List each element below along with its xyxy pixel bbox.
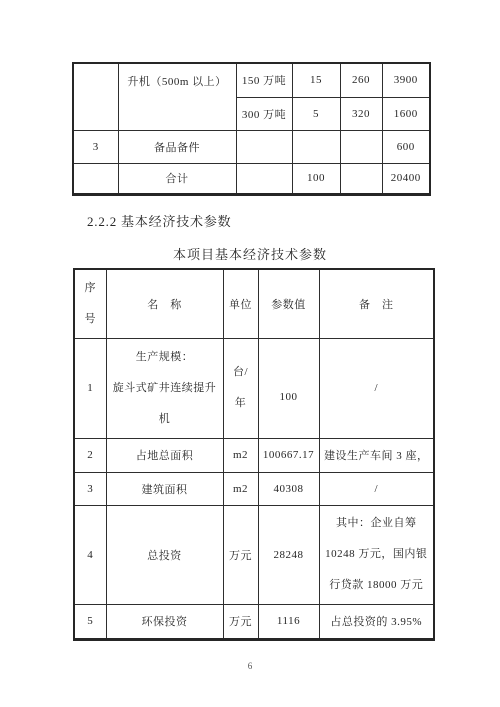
table-cell: 万元 bbox=[223, 604, 258, 639]
table-row: 1 生产规模： 旋斗式矿井连续提升 机 台/ 年 100 / bbox=[74, 338, 434, 438]
table-cell bbox=[236, 130, 292, 163]
table-cell: 万元 bbox=[223, 505, 258, 604]
table-cell: 总投资 bbox=[106, 505, 223, 604]
continuation-table: 升机（500m 以上） 150 万吨 15 260 3900 300 万吨 5 … bbox=[72, 62, 431, 196]
table-row: 4 总投资 万元 28248 其中：企业自筹 10248 万元，国内银 行贷款 … bbox=[74, 505, 434, 604]
table-row: 3 建筑面积 m2 40308 / bbox=[74, 472, 434, 505]
table-title: 本项目基本经济技术参数 bbox=[0, 244, 500, 263]
table-cell: m2 bbox=[223, 438, 258, 472]
column-header-name: 名 称 bbox=[106, 269, 223, 338]
document-page: 升机（500m 以上） 150 万吨 15 260 3900 300 万吨 5 … bbox=[0, 0, 500, 707]
table-cell: 1600 bbox=[382, 97, 430, 130]
header-line: 号 bbox=[77, 304, 104, 335]
page-number: 6 bbox=[0, 661, 500, 671]
table-cell: / bbox=[319, 472, 434, 505]
parameters-table: 序 号 名 称 单位 参数值 备 注 1 生产规模： 旋斗式矿井连续提升 机 台… bbox=[73, 268, 435, 641]
table-cell: m2 bbox=[223, 472, 258, 505]
table-cell bbox=[340, 163, 382, 194]
table-cell bbox=[236, 163, 292, 194]
table-cell: 4 bbox=[74, 505, 106, 604]
cell-line: 生产规模： bbox=[109, 342, 221, 373]
table-cell: 2 bbox=[74, 438, 106, 472]
table-row: 5 环保投资 万元 1116 占总投资的 3.95% bbox=[74, 604, 434, 639]
table-cell: 建设生产车间 3 座， bbox=[319, 438, 434, 472]
table-cell: / bbox=[319, 338, 434, 438]
table-cell: 3900 bbox=[382, 63, 430, 97]
table-cell: 生产规模： 旋斗式矿井连续提升 机 bbox=[106, 338, 223, 438]
table-cell: 3 bbox=[73, 130, 118, 163]
table-cell: 320 bbox=[340, 97, 382, 130]
header-line: 序 bbox=[77, 273, 104, 304]
column-header-unit: 单位 bbox=[223, 269, 258, 338]
table-row: 2 占地总面积 m2 100667.17 建设生产车间 3 座， bbox=[74, 438, 434, 472]
table-cell: 升机（500m 以上） bbox=[118, 63, 236, 130]
table-cell: 20400 bbox=[382, 163, 430, 194]
table-cell: 其中：企业自筹 10248 万元，国内银 行贷款 18000 万元 bbox=[319, 505, 434, 604]
table-cell: 100667.17 bbox=[258, 438, 319, 472]
table-cell: 600 bbox=[382, 130, 430, 163]
table-cell: 40308 bbox=[258, 472, 319, 505]
column-header-note: 备 注 bbox=[319, 269, 434, 338]
table-cell: 备品备件 bbox=[118, 130, 236, 163]
table-cell: 28248 bbox=[258, 505, 319, 604]
table-cell: 100 bbox=[292, 163, 340, 194]
table-cell bbox=[73, 63, 118, 130]
table-cell: 300 万吨 bbox=[236, 97, 292, 130]
column-header-no: 序 号 bbox=[74, 269, 106, 338]
table-cell: 1 bbox=[74, 338, 106, 438]
table-cell: 台/ 年 bbox=[223, 338, 258, 438]
section-heading: 2.2.2 基本经济技术参数 bbox=[87, 211, 231, 230]
table-cell: 占总投资的 3.95% bbox=[319, 604, 434, 639]
table-cell: 5 bbox=[74, 604, 106, 639]
table-cell: 合计 bbox=[118, 163, 236, 194]
cell-line: 行贷款 18000 万元 bbox=[322, 570, 432, 601]
table-cell: 建筑面积 bbox=[106, 472, 223, 505]
cell-line: 年 bbox=[226, 388, 256, 419]
cell-line: 机 bbox=[109, 404, 221, 435]
cell-line: 10248 万元，国内银 bbox=[322, 539, 432, 570]
table-cell bbox=[73, 163, 118, 194]
table-cell: 150 万吨 bbox=[236, 63, 292, 97]
cell-line: 台/ bbox=[226, 357, 256, 388]
cell-line: 旋斗式矿井连续提升 bbox=[109, 373, 221, 404]
table-cell: 1116 bbox=[258, 604, 319, 639]
table-cell: 260 bbox=[340, 63, 382, 97]
cell-line: 其中：企业自筹 bbox=[322, 508, 432, 539]
table-cell bbox=[340, 130, 382, 163]
table-cell: 5 bbox=[292, 97, 340, 130]
table-cell: 3 bbox=[74, 472, 106, 505]
column-header-value: 参数值 bbox=[258, 269, 319, 338]
table-cell: 占地总面积 bbox=[106, 438, 223, 472]
table-cell bbox=[292, 130, 340, 163]
table-cell: 环保投资 bbox=[106, 604, 223, 639]
table-cell: 15 bbox=[292, 63, 340, 97]
table-cell: 100 bbox=[258, 338, 319, 438]
